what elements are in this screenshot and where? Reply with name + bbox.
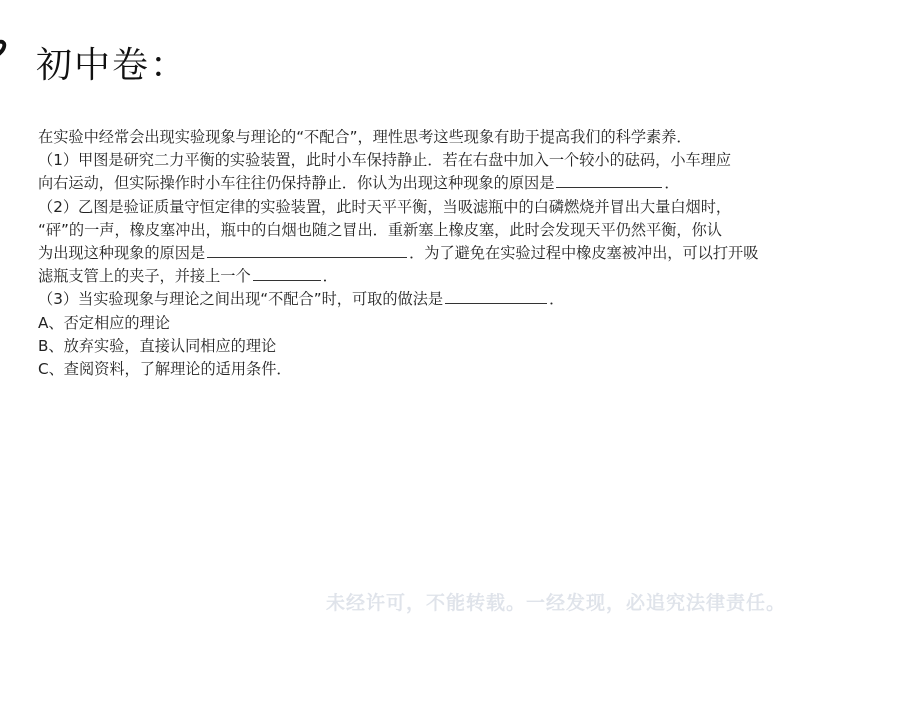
copyright-watermark: 未经许可，不能转载。一经发现，必追究法律责任。 [326, 591, 786, 615]
answer-blank-3[interactable] [253, 265, 321, 281]
part2-line2: “砰”的一声，橡皮塞冲出，瓶中的白烟也随之冒出．重新塞上橡皮塞，此时会发现天平仍… [38, 219, 858, 242]
part2-line1: （2）乙图是验证质量守恒定律的实验装置，此时天平平衡，当吸滤瓶中的白磷燃烧并冒出… [38, 196, 858, 219]
part3-line1-text: （3）当实验现象与理论之间出现“不配合”时，可取的做法是 [38, 290, 443, 308]
part1-line2-end: ． [664, 174, 679, 192]
part2-line4-text: 滤瓶支管上的夹子，并接上一个 [38, 267, 251, 285]
part1-line1: （1）甲图是研究二力平衡的实验装置，此时小车保持静止．若在右盘中加入一个较小的砝… [38, 149, 858, 172]
part2-line4: 滤瓶支管上的夹子，并接上一个． [38, 265, 858, 288]
option-c: C、查阅资料，了解理论的适用条件． [38, 358, 858, 381]
part1-line2-text: 向右运动，但实际操作时小车往往仍保持静止．你认为出现这种现象的原因是 [38, 174, 554, 192]
page-edge-mark [0, 36, 10, 61]
part2-line3-end: ．为了避免在实验过程中橡皮塞被冲出，可以打开吸 [409, 244, 758, 262]
option-a: A、否定相应的理论 [38, 312, 858, 335]
question-block: 在实验中经常会出现实验现象与理论的“不配合”，理性思考这些现象有助于提高我们的科… [38, 126, 858, 381]
answer-blank-2[interactable] [207, 242, 407, 258]
part1-line2: 向右运动，但实际操作时小车往往仍保持静止．你认为出现这种现象的原因是． [38, 172, 858, 195]
part3-line1-end: ． [549, 290, 564, 308]
option-b: B、放弃实验，直接认同相应的理论 [38, 335, 858, 358]
page-title: 初中卷： [36, 44, 188, 88]
part2-line3: 为出现这种现象的原因是．为了避免在实验过程中橡皮塞被冲出，可以打开吸 [38, 242, 858, 265]
answer-blank-1[interactable] [556, 172, 662, 188]
part3-line1: （3）当实验现象与理论之间出现“不配合”时，可取的做法是． [38, 288, 858, 311]
answer-blank-4[interactable] [445, 288, 547, 304]
question-intro: 在实验中经常会出现实验现象与理论的“不配合”，理性思考这些现象有助于提高我们的科… [38, 126, 858, 149]
part2-line3-text: 为出现这种现象的原因是 [38, 244, 205, 262]
part2-line4-end: ． [323, 267, 338, 285]
